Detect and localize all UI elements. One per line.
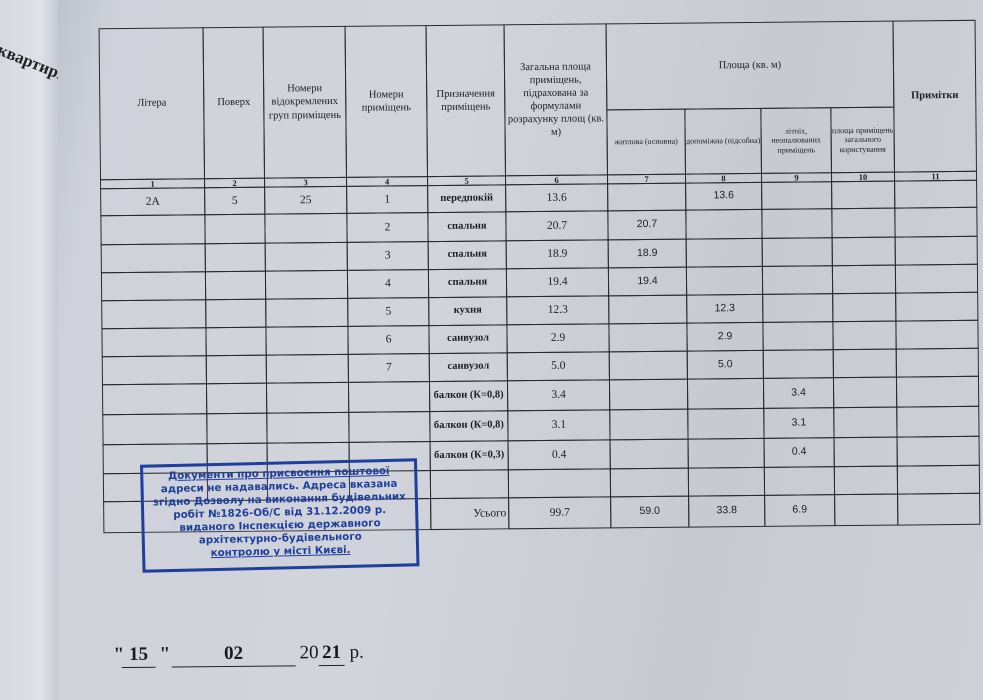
total-aux: 33.8 [688,495,765,528]
cell-total: 19.4 [506,267,609,297]
cell-litera [101,299,206,329]
cell-total: 12.3 [506,295,609,325]
cell-living: 19.4 [608,267,687,297]
cell-purpose: санвузол [429,352,508,382]
cell-notes [895,264,978,294]
cell-purpose: балкон (К=0,8) [429,410,508,442]
cell-floor [205,243,266,273]
cell-group [265,242,348,272]
cell-floor [205,271,266,301]
cell-aux [686,238,763,268]
header-area-group: Площа (кв. м) [606,21,895,111]
total-common [834,494,898,527]
cell-group [265,326,348,356]
cell-group [266,412,349,444]
cell-total: 3.1 [507,409,610,441]
cell-floor: 5 [204,187,265,216]
cell-litera [101,271,206,301]
header-rooms: Номери приміщень [345,25,428,178]
cell-living [609,409,688,441]
cell-total: 20.7 [505,210,608,241]
cell-living [610,439,689,470]
cell-common [832,293,896,323]
address-stamp: Документи про присвоєння поштовоїадреси … [140,458,419,572]
document-sheet: ЛітераПоверхНомери відокремлених груп пр… [0,0,983,700]
cell-summer [761,208,832,239]
cell-total: 13.6 [505,183,608,212]
cell-litera [102,355,207,385]
cell-purpose [430,469,509,499]
total-label: Усього [430,497,509,530]
cell-purpose: балкон (К=0,8) [429,380,508,412]
cell-living [608,295,687,325]
cell-notes [895,292,978,322]
cell-floor [206,413,267,445]
cell-purpose: санвузол [428,324,507,354]
cell-aux [685,209,762,240]
cell-room: 5 [347,297,429,327]
cell-summer [761,181,832,210]
cell-litera [102,383,207,415]
cell-summer: 3.4 [763,377,834,409]
cell-litera [102,413,207,445]
cell-aux [688,467,765,497]
cell-common [832,321,896,351]
cell-summer: 0.4 [764,437,835,468]
cell-room: 7 [348,353,430,383]
header-litera: Літера [99,27,205,180]
cell-total [508,468,611,498]
cell-group [266,382,349,414]
cell-floor [205,327,266,357]
header-poverkh: Поверх [203,27,265,180]
cell-common [833,377,897,409]
cell-notes [894,180,977,209]
cell-summer: 3.1 [763,407,834,439]
cell-purpose: спальня [428,240,507,270]
cell-litera [100,214,205,245]
date-quote-close: " [159,644,170,666]
cell-room: 4 [347,269,429,299]
cell-notes [897,465,980,495]
cell-aux [686,266,763,296]
cell-notes [895,320,978,350]
total-notes [897,493,980,526]
cell-litera [101,243,206,273]
header-living: житлова (основна) [606,109,686,176]
cell-room: 6 [347,325,429,355]
cell-aux: 12.3 [686,294,763,324]
date-suffix: р. [349,642,363,664]
cell-room: 1 [346,185,428,214]
cell-purpose: спальня [427,211,506,242]
cell-common [832,265,896,295]
cell-total: 2.9 [506,323,609,353]
cell-total: 5.0 [507,351,610,381]
cell-living: 20.7 [607,210,686,241]
date-day: 15 [121,644,155,668]
cell-common [833,349,897,379]
cell-aux [687,378,764,410]
cell-floor [205,299,266,329]
header-purpose: Призначення приміщень [426,24,506,177]
cell-notes [894,207,977,238]
cell-common [834,466,898,496]
total-summer: 6.9 [764,494,835,527]
cell-aux: 13.6 [685,182,762,211]
cell-floor [206,355,267,385]
cell-notes [896,376,979,408]
cell-notes [896,348,979,378]
total-total: 99.7 [508,496,611,529]
cell-floor [204,214,265,245]
cell-room [348,381,430,413]
cell-living [609,379,688,411]
cell-room: 2 [346,212,428,243]
header-notes: Примітки [893,20,977,173]
cell-purpose: спальня [428,268,507,298]
cell-living: 18.9 [608,239,687,269]
cell-notes [895,236,978,266]
cell-room [348,411,430,443]
cell-total: 0.4 [508,439,611,470]
cell-litera: 2А [100,187,205,216]
cell-summer [762,293,833,323]
cell-purpose: кухня [428,296,507,326]
cell-living [607,183,686,212]
cell-summer [764,466,835,496]
cell-common [831,181,895,210]
cell-summer [762,265,833,295]
cell-group [265,270,348,300]
cell-notes [897,436,980,467]
cell-total: 18.9 [506,239,609,269]
cell-living [608,323,687,353]
cell-aux [687,408,764,440]
cell-purpose: балкон (К=0,3) [430,440,509,471]
cell-living [609,351,688,381]
cell-common [834,437,898,468]
cell-summer [762,237,833,267]
cell-group [264,213,347,244]
cell-aux [688,438,765,469]
cell-aux: 2.9 [686,322,763,352]
header-common: площа приміщень загального користування [830,107,895,174]
cell-total: 3.4 [507,379,610,411]
date-year-suffix: 21 [318,642,344,666]
cell-living [610,468,689,498]
cell-litera [101,327,206,357]
total-living: 59.0 [610,496,689,529]
cell-group [265,298,348,328]
cell-purpose: передпокій [427,184,506,213]
cell-group [266,354,349,384]
header-summer: літніх, неопалюваних приміщень [760,107,832,174]
cell-group: 25 [264,186,347,215]
date-month: 02 [171,642,295,667]
cell-floor [206,383,267,415]
date-year-prefix: 20 [299,642,318,664]
cell-aux: 5.0 [687,350,764,380]
cell-notes [896,406,979,438]
header-auxiliary: допоміжна (підсобна) [684,108,762,175]
cell-common [833,407,897,439]
cell-common [831,208,895,239]
header-groups: Номери відокремлених груп приміщень [263,26,347,179]
cell-room: 3 [347,241,429,271]
header-total_area: Загальна площа приміщень, підрахована за… [504,23,608,176]
cell-summer [762,321,833,351]
cell-common [832,237,896,267]
cell-summer [763,349,834,379]
